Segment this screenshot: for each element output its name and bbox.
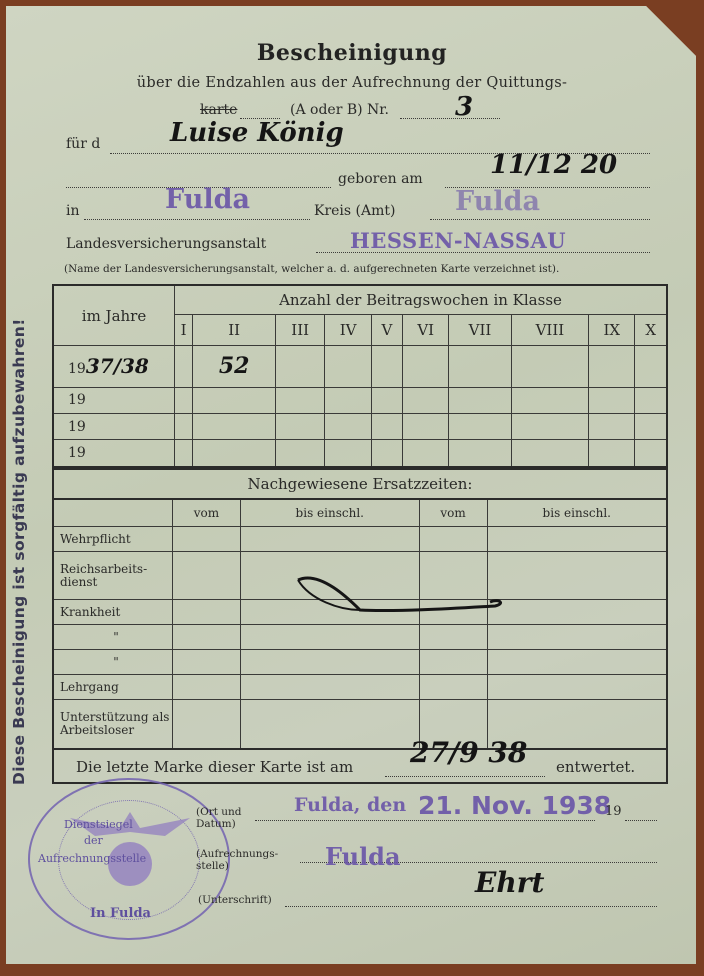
table-row: Lehrgang — [53, 675, 667, 700]
seal-text: Dienstsiegel — [64, 818, 133, 831]
class-col-header: III — [276, 315, 325, 346]
date-stamp: 21. Nov. 1938 — [418, 791, 611, 820]
cell: 52 — [193, 346, 276, 388]
card-number-line — [400, 118, 500, 119]
class-col-header: VIII — [511, 315, 589, 346]
place-stamp: Fulda — [165, 184, 250, 215]
last-stamp-suffix: entwertet. — [556, 758, 635, 776]
side-note: Diese Bescheinigung ist sorgfältig aufzu… — [10, 318, 28, 785]
cell — [175, 346, 193, 388]
birthdate-handwritten: 11/12 20 — [490, 150, 617, 180]
seal-text: Aufrechnungsstelle — [38, 852, 146, 865]
place-line — [84, 219, 310, 220]
kreis-line — [430, 219, 650, 220]
ort-label: (Ort und Datum) — [196, 806, 256, 830]
stelle-stamp: Fulda — [325, 842, 401, 871]
col-header: vom — [419, 499, 487, 527]
year-prefix: 19 — [53, 440, 175, 467]
class-col-header: II — [193, 315, 276, 346]
document-title: Bescheinigung — [0, 40, 704, 66]
name-handwritten: Luise König — [170, 118, 344, 148]
cancel-stroke-mark — [290, 570, 510, 630]
ort-line — [255, 820, 595, 821]
in-label: in — [66, 203, 80, 219]
lva-stamp: HESSEN-NASSAU — [350, 228, 566, 253]
row-label: Unterstützung als Arbeitsloser — [53, 700, 173, 749]
table-row: 19 — [53, 414, 667, 440]
class-col-header: VII — [449, 315, 511, 346]
class-col-header: VI — [402, 315, 449, 346]
footer-year-prefix: 19 — [605, 804, 622, 819]
class-col-header: IX — [589, 315, 635, 346]
cell — [371, 346, 402, 388]
table-row: 19 — [53, 440, 667, 467]
row-label: Krankheit — [53, 600, 173, 625]
cell — [402, 346, 449, 388]
table-row: Wehrpflicht — [53, 527, 667, 552]
dotted-line — [625, 820, 657, 821]
class-col-header: X — [635, 315, 667, 346]
weeks-handwritten: 52 — [219, 353, 250, 379]
class-header: Anzahl der Beitragswochen in Klasse — [175, 285, 668, 315]
class-col-header: IV — [325, 315, 372, 346]
year-handwritten: 37/38 — [86, 354, 149, 378]
geboren-label: geboren am — [338, 171, 423, 187]
col-header: vom — [173, 499, 241, 527]
lva-label: Landesversicherungsanstalt — [66, 236, 266, 252]
col-header: bis einschl. — [240, 499, 419, 527]
table-row: " — [53, 650, 667, 675]
substitute-title: Nachgewiesene Ersatzzeiten: — [53, 469, 667, 499]
last-stamp-text: Die letzte Marke dieser Karte ist am — [76, 758, 353, 776]
cell — [635, 346, 667, 388]
fuer-label: für d — [66, 136, 100, 152]
table-row: 19 — [53, 387, 667, 413]
row-label: Lehrgang — [53, 675, 173, 700]
struck-word: karte — [200, 102, 237, 118]
cell — [325, 346, 372, 388]
row-label: Wehrpflicht — [53, 527, 173, 552]
class-col-header: I — [175, 315, 193, 346]
ort-stamp: Fulda, den — [294, 794, 406, 816]
row-label: Reichsarbeits-dienst — [53, 552, 173, 600]
document-subtitle: über die Endzahlen aus der Aufrechnung d… — [0, 75, 704, 91]
signature-line — [285, 906, 657, 907]
last-stamp-date: 27/9 38 — [410, 736, 527, 769]
kreis-label: Kreis (Amt) — [314, 203, 395, 219]
card-type-label: (A oder B) Nr. — [290, 102, 389, 118]
cell — [449, 346, 511, 388]
class-col-header: V — [371, 315, 402, 346]
table-row: 1937/38 52 — [53, 346, 667, 388]
year-header: im Jahre — [53, 285, 175, 346]
signature-handwritten: Ehrt — [475, 866, 544, 899]
seal-bottom-text: In Fulda — [90, 906, 151, 921]
last-stamp-line — [385, 776, 545, 777]
unterschrift-label: (Unterschrift) — [198, 894, 272, 906]
cell — [276, 346, 325, 388]
lva-note: (Name der Landesversicherungsanstalt, we… — [64, 263, 559, 275]
cell — [511, 346, 589, 388]
year-prefix: 19 — [53, 387, 175, 413]
year-prefix: 19 — [68, 361, 86, 377]
cell — [589, 346, 635, 388]
col-header: bis einschl. — [487, 499, 667, 527]
table-row: Unterstützung als Arbeitsloser — [53, 700, 667, 749]
year-prefix: 19 — [53, 414, 175, 440]
kreis-stamp: Fulda — [455, 186, 540, 217]
stelle-label: (Aufrechnungs-stelle) — [196, 848, 266, 872]
contributions-table: im Jahre Anzahl der Beitragswochen in Kl… — [52, 284, 668, 468]
row-label: " — [53, 650, 173, 675]
seal-text: der — [84, 834, 103, 847]
row-label: " — [53, 625, 173, 650]
card-number: 3 — [455, 92, 473, 122]
